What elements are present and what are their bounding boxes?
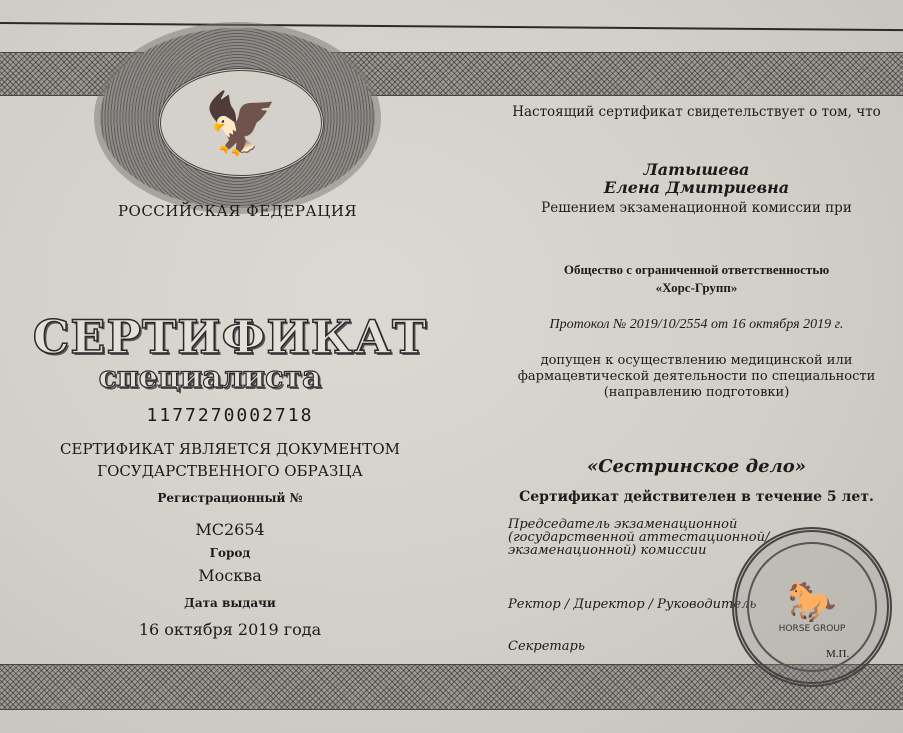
stamp-place-mark: М.П.	[826, 648, 849, 660]
issue-date-label: Дата выдачи	[0, 596, 460, 610]
decision-text: Решением экзаменационной комиссии при	[490, 200, 903, 216]
reg-number-value: МС2654	[0, 520, 460, 539]
state-statement-line2: ГОСУДАРСТВЕННОГО ОБРАЗЦА	[0, 462, 460, 480]
certificate-page: 🦅 РОССИЙСКАЯ ФЕДЕРАЦИЯ СЕРТИФИКАТ специа…	[0, 0, 903, 733]
reg-number-label: Регистрационный №	[0, 491, 460, 505]
admission-line: фармацевтической деятельности по специал…	[490, 369, 903, 385]
certificate-subtitle: специалиста	[0, 360, 420, 395]
emblem-rosette: 🦅	[100, 28, 375, 208]
admission-line: допущен к осуществлению медицинской или	[490, 353, 903, 369]
city-label: Город	[0, 546, 460, 560]
validity-period: Сертификат действителен в течение 5 лет.	[490, 489, 903, 505]
country-name: РОССИЙСКАЯ ФЕДЕРАЦИЯ	[0, 202, 475, 220]
intro-text: Настоящий сертификат свидетельствует о т…	[490, 104, 903, 120]
certificate-title: СЕРТИФИКАТ	[0, 310, 460, 364]
director-signature-label: Ректор / Директор / Руководитель	[508, 598, 756, 611]
organization-stamp: 🐎 HORSE GROUP	[732, 527, 892, 687]
chair-signature-label: Председатель экзаменационной (государств…	[508, 518, 769, 557]
top-border-line	[0, 22, 903, 31]
admission-text: допущен к осуществлению медицинской или …	[490, 353, 903, 401]
protocol-number: Протокол № 2019/10/2554 от 16 октября 20…	[490, 317, 903, 333]
admission-line: (направлению подготовки)	[490, 385, 903, 401]
organization-type: Общество с ограниченной ответственностью	[490, 262, 903, 278]
coat-of-arms-icon: 🦅	[158, 68, 324, 178]
holder-surname: Латышева	[490, 160, 903, 179]
organization-name: «Хорс-Групп»	[490, 280, 903, 296]
holder-name: Елена Дмитриевна	[490, 178, 903, 197]
state-statement-line1: СЕРТИФИКАТ ЯВЛЯЕТСЯ ДОКУМЕНТОМ	[0, 440, 460, 458]
issue-date-value: 16 октября 2019 года	[0, 620, 460, 639]
specialty: «Сестринское дело»	[490, 456, 903, 477]
city-value: Москва	[0, 566, 460, 585]
stamp-ring	[747, 542, 877, 672]
serial-number: 1177270002718	[0, 405, 460, 426]
secretary-signature-label: Секретарь	[508, 640, 585, 653]
